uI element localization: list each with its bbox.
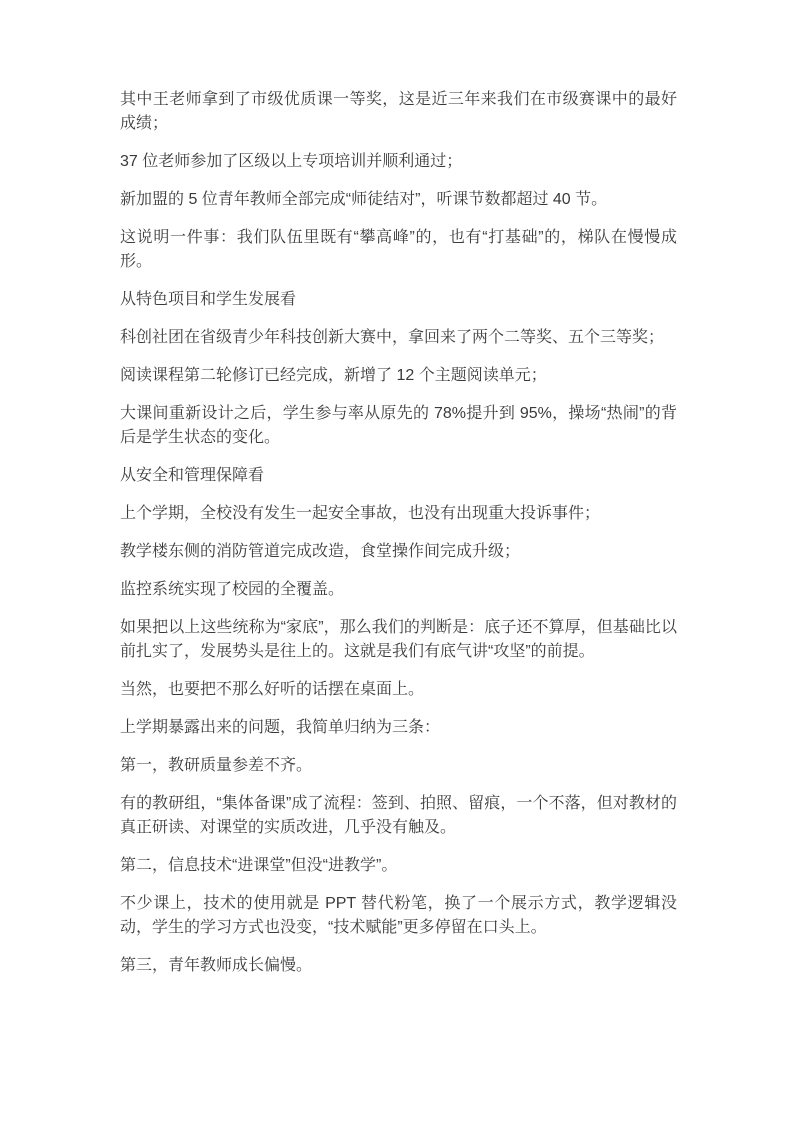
paragraph: 这说明一件事：我们队伍里既有“攀高峰”的，也有“打基础”的，梯队在慢慢成形。 (120, 226, 677, 274)
paragraph: 科创社团在省级青少年科技创新大赛中，拿回来了两个二等奖、五个三等奖； (120, 326, 677, 350)
paragraph: 新加盟的 5 位青年教师全部完成“师徒结对”，听课节数都超过 40 节。 (120, 188, 677, 212)
paragraph: 不少课上，技术的使用就是 PPT 替代粉笔，换了一个展示方式，教学逻辑没动，学生… (120, 892, 677, 940)
paragraph: 上个学期，全校没有发生一起安全事故，也没有出现重大投诉事件； (120, 502, 677, 526)
document-text-area: 其中王老师拿到了市级优质课一等奖，这是近三年来我们在市级赛课中的最好成绩； 37… (120, 88, 677, 992)
paragraph: 大课间重新设计之后，学生参与率从原先的 78%提升到 95%，操场“热闹”的背后… (120, 402, 677, 450)
paragraph: 第一，教研质量参差不齐。 (120, 754, 677, 778)
paragraph: 教学楼东侧的消防管道完成改造，食堂操作间完成升级； (120, 540, 677, 564)
paragraph: 上学期暴露出来的问题，我简单归纳为三条： (120, 716, 677, 740)
paragraph: 其中王老师拿到了市级优质课一等奖，这是近三年来我们在市级赛课中的最好成绩； (120, 88, 677, 136)
document-page: 其中王老师拿到了市级优质课一等奖，这是近三年来我们在市级赛课中的最好成绩； 37… (0, 0, 793, 1122)
paragraph: 第二，信息技术“进课堂”但没“进教学”。 (120, 854, 677, 878)
paragraph: 监控系统实现了校园的全覆盖。 (120, 578, 677, 602)
paragraph: 阅读课程第二轮修订已经完成，新增了 12 个主题阅读单元； (120, 364, 677, 388)
paragraph: 有的教研组，“集体备课”成了流程：签到、拍照、留痕，一个不落，但对教材的真正研读… (120, 792, 677, 840)
paragraph: 从特色项目和学生发展看 (120, 288, 677, 312)
paragraph: 第三，青年教师成长偏慢。 (120, 954, 677, 978)
paragraph: 如果把以上这些统称为“家底”，那么我们的判断是：底子还不算厚，但基础比以前扎实了… (120, 616, 677, 664)
paragraph: 当然，也要把不那么好听的话摆在桌面上。 (120, 678, 677, 702)
paragraph: 37 位老师参加了区级以上专项培训并顺利通过； (120, 150, 677, 174)
paragraph: 从安全和管理保障看 (120, 464, 677, 488)
